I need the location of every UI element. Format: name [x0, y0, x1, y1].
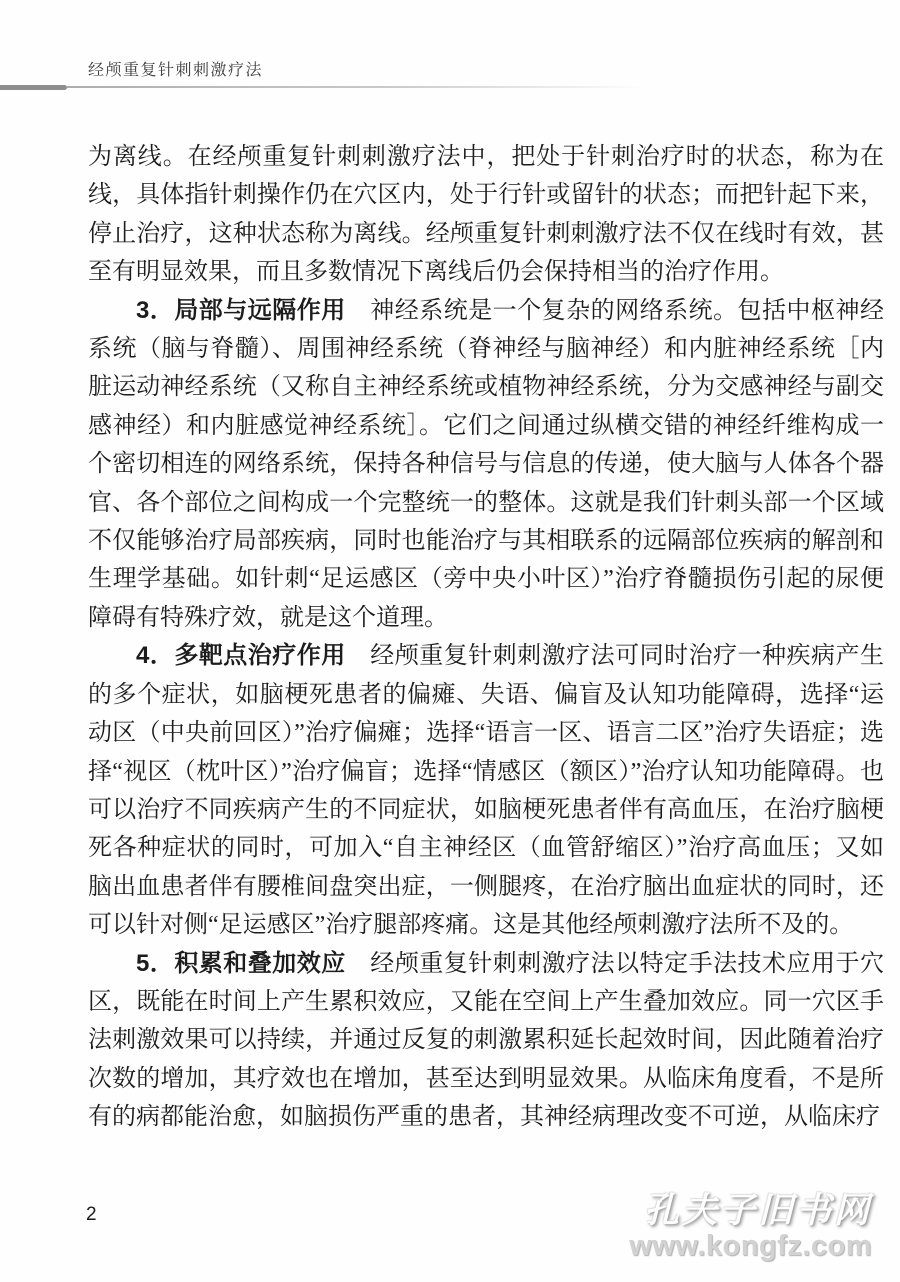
paragraph: 3．局部与远隔作用 神经系统是一个复杂的网络系统。包括中枢神经系统（脑与脊髓）、… [88, 292, 884, 638]
paragraph: 4．多靶点治疗作用 经颅重复针刺刺激疗法可同时治疗一种疾病产生的多个症状，如脑梗… [88, 637, 884, 944]
paragraph-text: 神经系统是一个复杂的网络系统。包括中枢神经系统（脑与脊髓）、周围神经系统（脊神经… [88, 298, 884, 631]
running-head-title: 经颅重复针刺刺激疗法 [88, 57, 263, 80]
book-page: 经颅重复针刺刺激疗法 为离线。在经颅重复针刺刺激疗法中，把处于针刺治疗时的状态，… [0, 0, 900, 1282]
page-body: 为离线。在经颅重复针刺刺激疗法中，把处于针刺治疗时的状态，称为在线，具体指针刺操… [88, 138, 884, 1137]
paragraph-text: 经颅重复针刺刺激疗法以特定手法技术应用于穴区，既能在时间上产生累积效应，又能在空… [88, 951, 884, 1131]
section-heading: 3．局部与远隔作用 [136, 297, 346, 324]
page-number: 2 [86, 1204, 97, 1226]
section-heading: 5．积累和叠加效应 [136, 950, 346, 977]
watermark-site-name: 孔夫子旧书网 [629, 1192, 872, 1231]
paragraph-text: 为离线。在经颅重复针刺刺激疗法中，把处于针刺治疗时的状态，称为在线，具体指针刺操… [88, 144, 884, 285]
header-divider-bar [0, 85, 67, 90]
paragraph: 为离线。在经颅重复针刺刺激疗法中，把处于针刺治疗时的状态，称为在线，具体指针刺操… [88, 138, 884, 292]
watermark-site-url: www.kongfz.com [629, 1231, 872, 1263]
paragraph-text: 经颅重复针刺刺激疗法可同时治疗一种疾病产生的多个症状，如脑梗死患者的偏瘫、失语、… [88, 643, 884, 938]
header-divider-line [67, 86, 647, 88]
paragraph: 5．积累和叠加效应 经颅重复针刺刺激疗法以特定手法技术应用于穴区，既能在时间上产… [88, 945, 884, 1137]
section-heading: 4．多靶点治疗作用 [136, 642, 346, 669]
watermark: 孔夫子旧书网 www.kongfz.com [629, 1192, 872, 1262]
